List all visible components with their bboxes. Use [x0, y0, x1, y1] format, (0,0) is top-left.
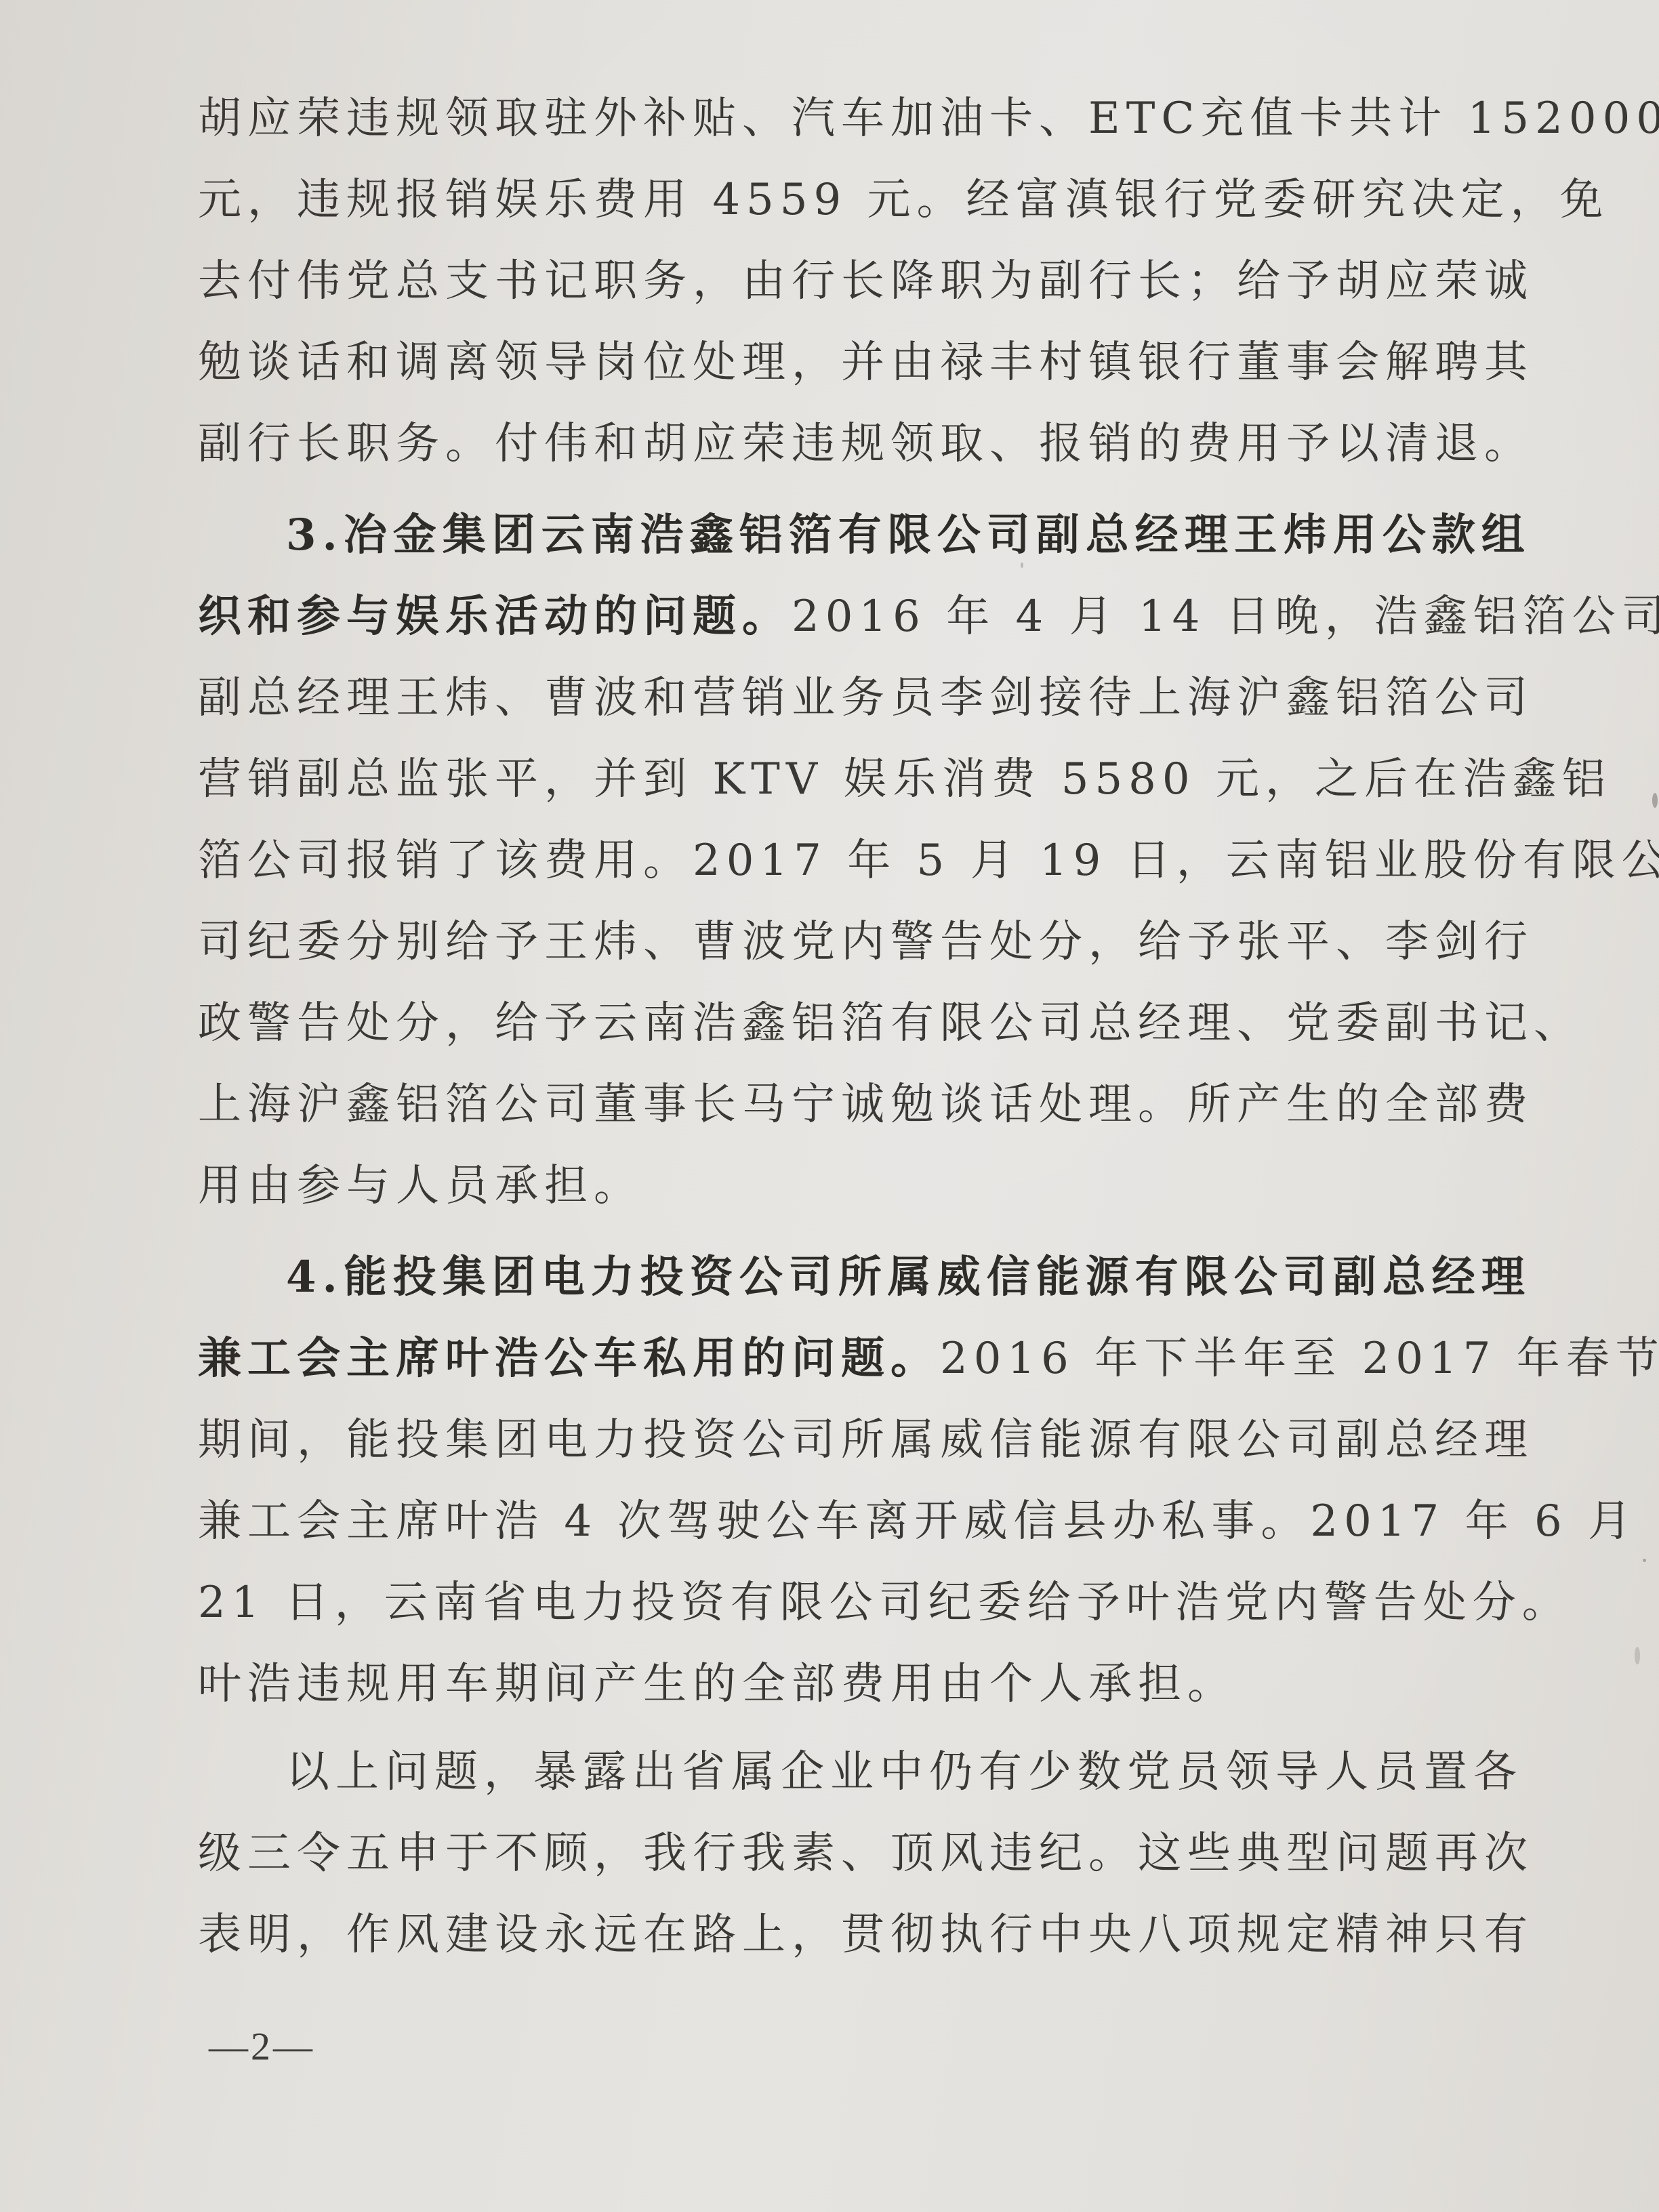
text-line: 去付伟党总支书记职务，由行长降职为副行长；给予胡应荣诚	[198, 244, 1486, 319]
line-text: 以上问题，暴露出省属企业中仍有少数党员领导人员置各	[286, 1747, 1523, 1797]
paper-speck	[1643, 1559, 1646, 1562]
text-line: 用由参与人员承担。	[198, 1149, 1486, 1223]
heading-text: 织和参与娱乐活动的问题。	[198, 591, 792, 642]
line-text: 兼工会主席叶浩 4 次驾驶公车离开威信县办私事。2017 年 6 月	[198, 1496, 1637, 1547]
text-line: 兼工会主席叶浩公车私用的问题。2016 年下半年至 2017 年春节	[198, 1322, 1486, 1396]
text-line: 营销副总监张平，并到 KTV 娱乐消费 5580 元，之后在浩鑫铝	[198, 742, 1486, 817]
text-line: 叶浩违规用车期间产生的全部费用由个人承担。	[198, 1647, 1486, 1721]
line-text: 期间，能投集团电力投资公司所属威信能源有限公司副总经理	[198, 1415, 1534, 1465]
line-text: 副总经理王炜、曹波和营销业务员李剑接待上海沪鑫铝箔公司	[198, 673, 1534, 723]
text-line: 司纪委分别给予王炜、曹波党内警告处分，给予张平、李剑行	[198, 905, 1486, 979]
line-text: 叶浩违规用车期间产生的全部费用由个人承担。	[198, 1659, 1237, 1709]
text-line: 织和参与娱乐活动的问题。2016 年 4 月 14 日晚，浩鑫铝箔公司	[198, 579, 1486, 654]
heading-text: 3.冶金集团云南浩鑫铝箔有限公司副总经理王炜用公款组	[286, 510, 1531, 560]
line-text: 政警告处分，给予云南浩鑫铝箔有限公司总经理、党委副书记、	[198, 998, 1583, 1048]
text-line: 勉谈话和调离领导岗位处理，并由禄丰村镇银行董事会解聘其	[198, 325, 1486, 400]
item-3-heading: 3.冶金集团云南浩鑫铝箔有限公司副总经理王炜用公款组	[198, 498, 1486, 573]
page-number: —2—	[209, 2023, 315, 2070]
text-line: 期间，能投集团电力投资公司所属威信能源有限公司副总经理	[198, 1403, 1486, 1477]
paper-speck	[1021, 562, 1023, 568]
text-line: 副总经理王炜、曹波和营销业务员李剑接待上海沪鑫铝箔公司	[198, 661, 1486, 735]
heading-text: 兼工会主席叶浩公车私用的问题。	[198, 1333, 940, 1384]
text-line: 21 日，云南省电力投资有限公司纪委给予叶浩党内警告处分。	[198, 1565, 1486, 1640]
line-text: 胡应荣违规领取驻外补贴、汽车加油卡、ETC充值卡共计 152000	[198, 94, 1659, 144]
item-4-heading: 4.能投集团电力投资公司所属威信能源有限公司副总经理	[198, 1240, 1486, 1315]
line-text: 箔公司报销了该费用。2017 年 5 月 19 日，云南铝业股份有限公	[198, 836, 1659, 886]
text-line: 兼工会主席叶浩 4 次驾驶公车离开威信县办私事。2017 年 6 月	[198, 1484, 1486, 1559]
text-line: 箔公司报销了该费用。2017 年 5 月 19 日，云南铝业股份有限公	[198, 823, 1486, 898]
line-text: 勉谈话和调离领导岗位处理，并由禄丰村镇银行董事会解聘其	[198, 337, 1534, 388]
paper-speck	[1635, 1647, 1640, 1664]
line-text: 副行长职务。付伟和胡应荣违规领取、报销的费用予以清退。	[198, 419, 1534, 469]
text-line: 元，违规报销娱乐费用 4559 元。经富滇银行党委研究决定，免	[198, 163, 1486, 237]
line-text: 表明，作风建设永远在路上，贯彻执行中央八项规定精神只有	[198, 1910, 1534, 1960]
line-text: 去付伟党总支书记职务，由行长降职为副行长；给予胡应荣诚	[198, 256, 1534, 306]
text-line: 级三令五申于不顾，我行我素、顶风违纪。这些典型问题再次	[198, 1816, 1486, 1891]
line-text: 2016 年下半年至 2017 年春节	[940, 1334, 1659, 1384]
line-text: 21 日，云南省电力投资有限公司纪委给予叶浩党内警告处分。	[198, 1578, 1572, 1628]
document-page: 胡应荣违规领取驻外补贴、汽车加油卡、ETC充值卡共计 152000 元，违规报销…	[0, 0, 1659, 2212]
text-line: 表明，作风建设永远在路上，贯彻执行中央八项规定精神只有	[198, 1898, 1486, 1972]
line-text: 上海沪鑫铝箔公司董事长马宁诚勉谈话处理。所产生的全部费	[198, 1080, 1534, 1130]
text-line: 副行长职务。付伟和胡应荣违规领取、报销的费用予以清退。	[198, 407, 1486, 481]
paper-speck	[1652, 793, 1658, 808]
line-text: 元，违规报销娱乐费用 4559 元。经富滇银行党委研究决定，免	[198, 175, 1610, 225]
line-text: 级三令五申于不顾，我行我素、顶风违纪。这些典型问题再次	[198, 1828, 1534, 1879]
text-line: 上海沪鑫铝箔公司董事长马宁诚勉谈话处理。所产生的全部费	[198, 1067, 1486, 1142]
text-line: 以上问题，暴露出省属企业中仍有少数党员领导人员置各	[198, 1735, 1486, 1809]
line-text: 2016 年 4 月 14 日晚，浩鑫铝箔公司	[792, 592, 1659, 642]
line-text: 用由参与人员承担。	[198, 1161, 643, 1211]
heading-text: 4.能投集团电力投资公司所属威信能源有限公司副总经理	[286, 1252, 1531, 1303]
text-line: 政警告处分，给予云南浩鑫铝箔有限公司总经理、党委副书记、	[198, 986, 1486, 1061]
line-text: 司纪委分别给予王炜、曹波党内警告处分，给予张平、李剑行	[198, 917, 1534, 967]
line-text: 营销副总监张平，并到 KTV 娱乐消费 5580 元，之后在浩鑫铝	[198, 754, 1612, 804]
text-line: 胡应荣违规领取驻外补贴、汽车加油卡、ETC充值卡共计 152000	[198, 81, 1486, 156]
